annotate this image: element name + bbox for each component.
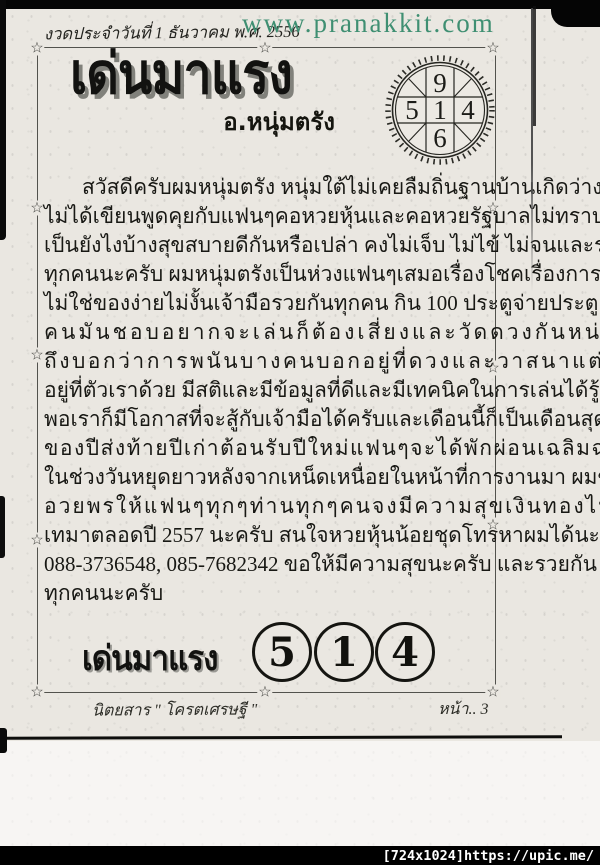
article-line: เทมาตลอดปี 2557 นะครับ สนใจหวยหุ้นน้อยชุ… (44, 521, 496, 550)
page-bottom-rule (4, 735, 562, 739)
scan-edge-left (0, 0, 6, 240)
lucky-number-circle: 1 (314, 622, 374, 682)
scan-edge-left (0, 728, 7, 753)
lucky-number-circle: 4 (375, 622, 435, 682)
article-line: ไม่ได้เขียนพูดคุยกับแฟนๆคอหวยหุ้นและคอหว… (44, 202, 496, 231)
author-name: อ.หนุ่มตรัง (180, 102, 335, 141)
article-line: คนมันชอบอยากจะเล่นก็ต้องเสี่ยงและวัดดวงก… (44, 318, 496, 347)
lucky-number-circle: 5 (252, 622, 312, 682)
article-line: อวยพรให้แฟนๆทุกๆท่านทุกๆคนจงมีความสุขเงิ… (44, 492, 496, 521)
star-ornament: ☆ (29, 348, 44, 363)
lucky-number: 1 (330, 629, 358, 676)
lucky-number: 4 (391, 629, 419, 676)
article-line: พอเราก็มีโอกาสที่จะสู้กับเจ้ามือได้ครับแ… (44, 405, 496, 434)
number-wheel: 9 5 1 4 6 (382, 52, 498, 168)
scan-edge-top (0, 0, 600, 9)
article-line: สวัสดีครับผมหนุ่มตรัง หนุ่มใต้ไม่เคยลืมถ… (44, 173, 496, 202)
star-ornament: ☆ (29, 533, 44, 548)
wheel-number-top: 9 (433, 68, 447, 98)
wheel-number-right: 4 (461, 95, 475, 125)
screenshot-root: งวดประจำวันที่ 1 ธันวาคม พ.ศ. 2556 www.p… (0, 0, 600, 865)
article-line: เป็นยังไงบ้างสุขสบายดีกันหรือเปล่า คงไม่… (44, 231, 496, 260)
article-line: ในช่วงวันหยุดยาวหลังจากเหน็ดเหนื่อยในหน้… (44, 463, 496, 492)
wheel-number-center: 1 (433, 95, 447, 125)
article-line: ถึงบอกว่าการพนันบางคนบอกอยู่ที่ดวงและวาส… (44, 347, 496, 376)
star-ornament: ☆ (257, 685, 272, 700)
wheel-number-left: 5 (405, 95, 419, 125)
article-body: สวัสดีครับผมหนุ่มตรัง หนุ่มใต้ไม่เคยลืมถ… (44, 173, 496, 608)
footer-magazine: นิตยสาร " โครตเศรษฐี " (92, 697, 258, 723)
article-line: ทุกคนนะครับ (44, 579, 496, 608)
article-line: ของปีส่งท้ายปีเก่าต้อนรับปีใหม่แฟนๆจะได้… (44, 434, 496, 463)
page-title: เด่นมาแรง (70, 46, 292, 103)
scanned-page: งวดประจำวันที่ 1 ธันวาคม พ.ศ. 2556 www.p… (0, 0, 600, 847)
page-column-rule (533, 6, 536, 126)
footer-page-number: หน้า.. 3 (438, 697, 488, 722)
watermark-bar: [724x1024]https://upic.me/ (0, 846, 600, 865)
scan-edge-corner (551, 0, 600, 27)
article-line: ทุกคนนะครับ ผมหนุ่มตรังเป็นห่วงแฟนๆเสมอเ… (44, 260, 496, 289)
article-line: 088-3736548, 085-7682342 ขอให้มีความสุขน… (44, 550, 496, 579)
star-ornament: ☆ (29, 201, 44, 216)
star-ornament: ☆ (29, 41, 44, 56)
bottom-title: เด่นมาแรง (82, 630, 218, 686)
scan-margin (0, 741, 600, 847)
watermark-caption: [724x1024]https://upic.me/ (383, 848, 600, 864)
scan-edge-left (0, 496, 5, 558)
article-line: ไม่ใช่ของง่ายไม่งั้นเจ้ามือรวยกันทุกคน ก… (44, 289, 496, 318)
star-ornament: ☆ (29, 685, 44, 700)
lucky-number: 5 (268, 629, 296, 676)
article-line: อยู่ที่ตัวเราด้วย มีสติและมีข้อมูลที่ดีแ… (44, 376, 496, 405)
wheel-number-bottom: 6 (433, 123, 447, 153)
website-url: www.pranakkit.com (242, 8, 495, 39)
